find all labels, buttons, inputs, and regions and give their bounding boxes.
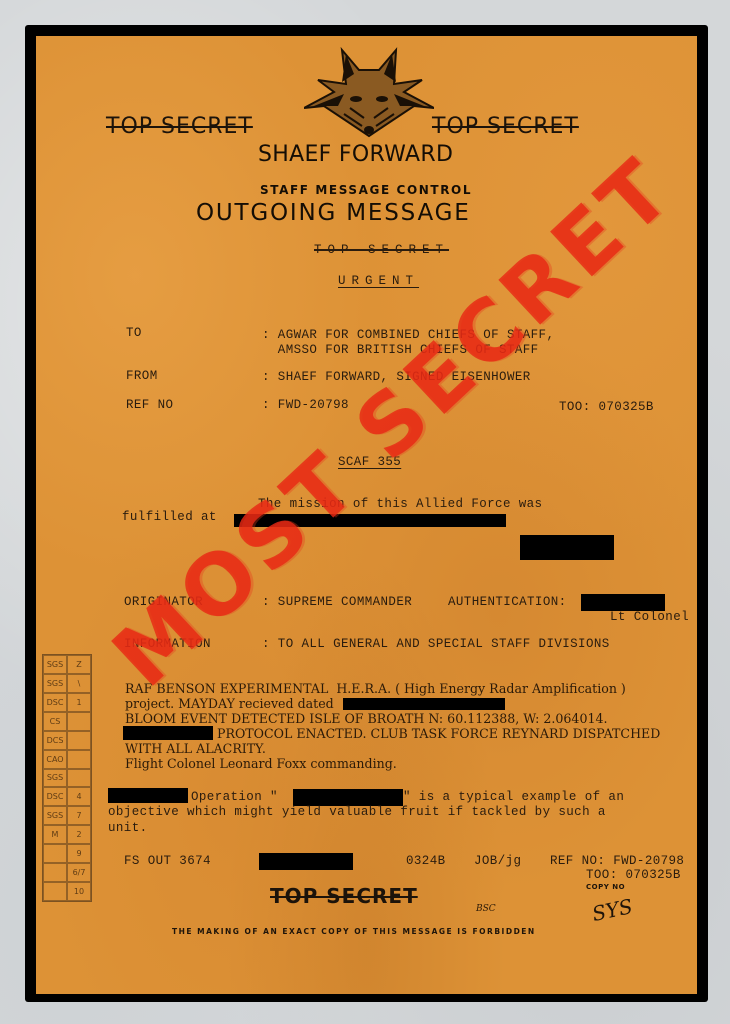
message-line2-prefix: fulfilled at bbox=[122, 510, 217, 524]
grid-cell bbox=[67, 712, 91, 731]
document-paper: TOP SECRET TOP SECRET SHAEF FORWARD STAF… bbox=[36, 36, 697, 994]
authentication-label: AUTHENTICATION: bbox=[448, 595, 567, 609]
classification-bottom: TOP SECRET bbox=[270, 884, 418, 908]
grid-cell bbox=[43, 882, 67, 901]
routing-grid: SGS Z SGS \ DSC 1 CS DCS CAO SGS DSC 4 S… bbox=[42, 654, 92, 902]
classification-top-right: TOP SECRET bbox=[432, 114, 579, 139]
grid-cell: \ bbox=[67, 674, 91, 693]
originator-value: : SUPREME COMMANDER bbox=[262, 595, 412, 609]
too-value: TOO: 070325B bbox=[559, 400, 654, 414]
from-label: FROM bbox=[126, 369, 158, 383]
footer-time: 0324B bbox=[406, 854, 446, 868]
grid-cell: 10 bbox=[67, 882, 91, 901]
classification-top-left: TOP SECRET bbox=[106, 114, 253, 139]
ref-label: REF NO bbox=[126, 398, 173, 412]
redaction-bar bbox=[520, 535, 614, 560]
operation-line3: unit. bbox=[108, 821, 148, 835]
wolf-head-emblem bbox=[304, 44, 434, 140]
grid-cell: M bbox=[43, 825, 67, 844]
staff-message-control: STAFF MESSAGE CONTROL bbox=[260, 183, 472, 197]
grid-cell: SGS bbox=[43, 769, 67, 788]
grid-cell bbox=[67, 769, 91, 788]
grid-cell: SGS bbox=[43, 655, 67, 674]
document-title: OUTGOING MESSAGE bbox=[196, 200, 471, 226]
org-title: SHAEF FORWARD bbox=[258, 142, 453, 167]
operation-tail: " is a typical example of an bbox=[403, 790, 624, 804]
insert-line4: PROTOCOL ENACTED. CLUB TASK FORCE REYNAR… bbox=[217, 726, 660, 741]
grid-cell: SGS bbox=[43, 674, 67, 693]
redaction-bar bbox=[343, 698, 505, 710]
redaction-bar bbox=[581, 594, 665, 611]
insert-line3: BLOOM EVENT DETECTED ISLE OF BROATH N: 6… bbox=[125, 711, 607, 726]
authentication-rank: Lt Colonel bbox=[610, 610, 689, 624]
initials: BSC bbox=[476, 902, 496, 917]
grid-cell: 7 bbox=[67, 806, 91, 825]
grid-cell: DSC bbox=[43, 693, 67, 712]
signature: SYS bbox=[590, 894, 635, 926]
footer-job: JOB/jg bbox=[474, 854, 521, 868]
fs-out: FS OUT 3674 bbox=[124, 854, 211, 868]
redaction-bar bbox=[259, 853, 353, 870]
grid-cell: 6/7 bbox=[67, 863, 91, 882]
redaction-bar bbox=[123, 726, 213, 740]
grid-cell: 2 bbox=[67, 825, 91, 844]
insert-line6: Flight Colonel Leonard Foxx commanding. bbox=[125, 756, 397, 771]
information-value: : TO ALL GENERAL AND SPECIAL STAFF DIVIS… bbox=[262, 637, 610, 651]
grid-cell: SGS bbox=[43, 806, 67, 825]
insert-line5: WITH ALL ALACRITY. bbox=[125, 741, 266, 756]
grid-cell: 1 bbox=[67, 693, 91, 712]
grid-cell: Z bbox=[67, 655, 91, 674]
operation-line2: objective which might yield valuable fru… bbox=[108, 805, 606, 819]
grid-cell: 4 bbox=[67, 787, 91, 806]
precedence: URGENT bbox=[338, 274, 419, 288]
redaction-bar bbox=[108, 788, 188, 803]
grid-cell bbox=[67, 750, 91, 769]
copy-forbidden-notice: THE MAKING OF AN EXACT COPY OF THIS MESS… bbox=[172, 927, 536, 936]
to-label: TO bbox=[126, 326, 142, 340]
struck-classification: TOP SECRET bbox=[314, 243, 449, 257]
footer-ref: REF NO: FWD-20798 bbox=[550, 854, 684, 868]
grid-cell: DCS bbox=[43, 731, 67, 750]
grid-cell bbox=[67, 731, 91, 750]
grid-cell bbox=[43, 863, 67, 882]
footer-too: TOO: 070325B bbox=[586, 868, 681, 882]
grid-cell: CAO bbox=[43, 750, 67, 769]
grid-cell bbox=[43, 844, 67, 863]
operation-word: Operation " bbox=[191, 790, 278, 804]
grid-cell: 9 bbox=[67, 844, 91, 863]
insert-line1: RAF BENSON EXPERIMENTAL H.E.R.A. ( High … bbox=[125, 681, 626, 696]
grid-cell: DSC bbox=[43, 787, 67, 806]
copy-no-label: COPY NO bbox=[586, 883, 625, 891]
grid-cell: CS bbox=[43, 712, 67, 731]
redaction-bar bbox=[293, 789, 403, 806]
